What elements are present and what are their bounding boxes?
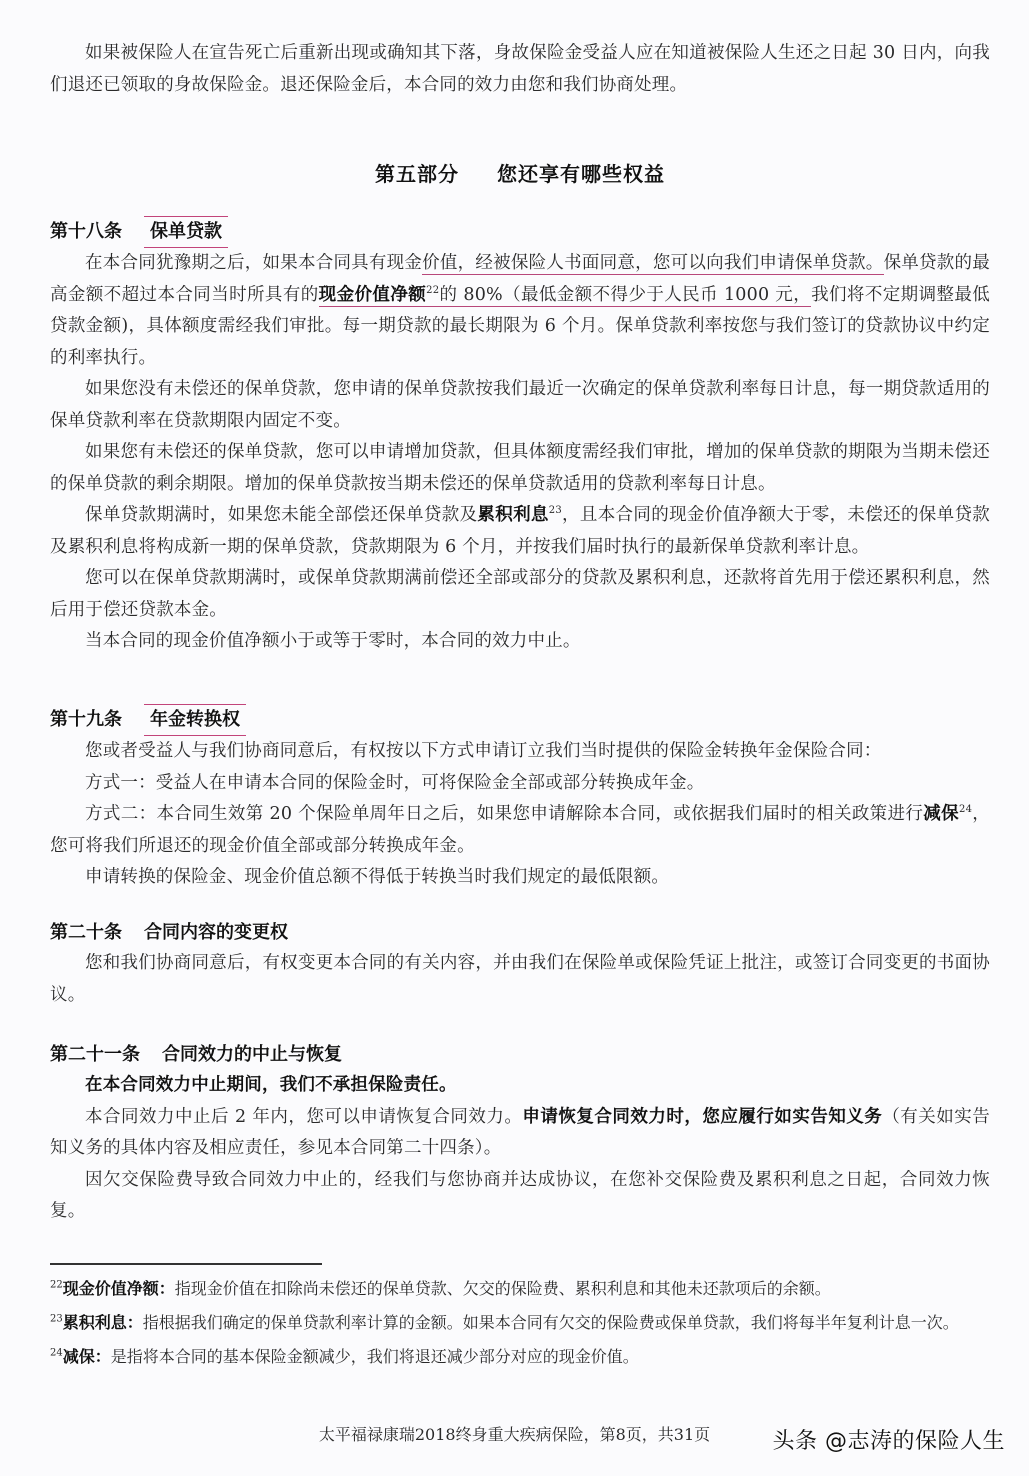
footnote-term: 减保： — [63, 1347, 111, 1366]
article-19-heading: 第十九条年金转换权 — [50, 704, 990, 736]
footnote-text: 指根据我们确定的保单贷款利率计算的金额。如果本合同有欠交的保险费或保单贷款，我们… — [143, 1313, 959, 1332]
article-21-para-2: 本合同效力中止后 2 年内，您可以申请恢复合同效力。申请恢复合同效力时，您应履行… — [50, 1102, 990, 1165]
article-18-heading: 第十八条保单贷款 — [50, 216, 990, 248]
article-19-title: 年金转换权 — [144, 704, 246, 736]
footnote-term: 累积利息： — [63, 1313, 143, 1332]
footnote-number: 22 — [50, 1280, 63, 1291]
article-18-para-5: 您可以在保单贷款期满时，或保单贷款期满前偿还全部或部分的贷款及累积利息，还款将首… — [50, 563, 990, 626]
watermark: 头条 @志涛的保险人生 — [773, 1424, 1006, 1455]
footnote-ref-23[interactable]: 23 — [549, 505, 562, 516]
article-18-para-3: 如果您有未偿还的保单贷款，您可以申请增加贷款，但具体额度需经我们审批，增加的保单… — [50, 437, 990, 500]
article-21-para-3: 因欠交保险费导致合同效力中止的，经我们与您协商并达成协议，在您补交保险费及累积利… — [50, 1165, 990, 1228]
footnotes: 22现金价值净额：指现金价值在扣除尚未偿还的保单贷款、欠交的保险费、累积利息和其… — [50, 1272, 990, 1374]
part-title: 第五部分您还享有哪些权益 — [50, 158, 990, 187]
article-20-para-1: 您和我们协商同意后，有权变更本合同的有关内容，并由我们在保险单或保险凭证上批注，… — [50, 948, 990, 1011]
footnote-text: 是指将本合同的基本保险金额减少，我们将退还减少部分对应的现金价值。 — [111, 1347, 639, 1366]
text-run: 方式二：本合同生效第 20 个保险单周年日之后，如果您申请解除本合同，或依据我们… — [85, 804, 923, 824]
text-run: 本合同效力中止后 2 年内，您可以申请恢复合同效力。 — [85, 1107, 522, 1127]
term-accrued-interest: 累积利息 — [477, 505, 548, 525]
article-21: 第二十一条合同效力的中止与恢复 在本合同效力中止期间，我们不承担保险责任。 本合… — [50, 1040, 990, 1228]
article-18-number: 第十八条 — [50, 221, 122, 242]
article-20-number: 第二十条 — [50, 922, 122, 943]
article-21-para-1: 在本合同效力中止期间，我们不承担保险责任。 — [50, 1070, 990, 1102]
article-20: 第二十条合同内容的变更权 您和我们协商同意后，有权变更本合同的有关内容，并由我们… — [50, 918, 990, 1011]
footnote-number: 24 — [50, 1348, 63, 1359]
part-heading: 您还享有哪些权益 — [497, 162, 665, 186]
footnote-ref-24[interactable]: 24 — [959, 804, 972, 815]
intro-paragraph: 如果被保险人在宣告死亡后重新出现或确知其下落，身故保险金受益人应在知道被保险人生… — [50, 38, 990, 101]
text-run: 在本合同犹豫期之后，如果本合同具有现金 — [85, 253, 422, 273]
article-19-para-4: 申请转换的保险金、现金价值总额不得低于转换当时我们规定的最低限额。 — [50, 862, 990, 894]
article-18-para-4: 保单贷款期满时，如果您未能全部偿还保单贷款及累积利息23，且本合同的现金价值净额… — [50, 500, 990, 563]
article-21-number: 第二十一条 — [50, 1044, 140, 1065]
article-18: 第十八条保单贷款 在本合同犹豫期之后，如果本合同具有现金价值，经被保险人书面同意… — [50, 216, 990, 658]
footnote-divider — [50, 1263, 322, 1265]
intro-section: 如果被保险人在宣告死亡后重新出现或确知其下落，身故保险金受益人应在知道被保险人生… — [50, 38, 990, 101]
footnote-24: 24减保：是指将本合同的基本保险金额减少，我们将退还减少部分对应的现金价值。 — [50, 1340, 990, 1374]
underlined-text: 的 80%（最低金额不得少于人民币 1000 元， — [439, 285, 811, 305]
article-18-para-6: 当本合同的现金价值净额小于或等于零时，本合同的效力中止。 — [50, 626, 990, 658]
article-18-para-2: 如果您没有未偿还的保单贷款，您申请的保单贷款按我们最近一次确定的保单贷款利率每日… — [50, 374, 990, 437]
footnote-ref-22[interactable]: 22 — [426, 285, 439, 296]
article-21-title: 合同效力的中止与恢复 — [162, 1044, 342, 1065]
article-19: 第十九条年金转换权 您或者受益人与我们协商同意后，有权按以下方式申请订立我们当时… — [50, 704, 990, 894]
article-18-para-1: 在本合同犹豫期之后，如果本合同具有现金价值，经被保险人书面同意，您可以向我们申请… — [50, 248, 990, 374]
part-number: 第五部分 — [375, 162, 459, 186]
article-19-para-2: 方式一：受益人在申请本合同的保险金时，可将保险金全部或部分转换成年金。 — [50, 768, 990, 800]
term-reduction: 减保 — [923, 804, 959, 824]
article-19-para-1: 您或者受益人与我们协商同意后，有权按以下方式申请订立我们当时提供的保险金转换年金… — [50, 736, 990, 768]
article-19-para-3: 方式二：本合同生效第 20 个保险单周年日之后，如果您申请解除本合同，或依据我们… — [50, 799, 990, 862]
footnote-22: 22现金价值净额：指现金价值在扣除尚未偿还的保单贷款、欠交的保险费、累积利息和其… — [50, 1272, 990, 1306]
article-18-title: 保单贷款 — [144, 216, 228, 248]
article-20-title: 合同内容的变更权 — [144, 922, 288, 943]
bold-text: 申请恢复合同效力时，您应履行如实告知义务 — [522, 1107, 882, 1127]
article-20-heading: 第二十条合同内容的变更权 — [50, 918, 990, 948]
footnote-text: 指现金价值在扣除尚未偿还的保单贷款、欠交的保险费、累积利息和其他未还款项后的余额… — [175, 1279, 831, 1298]
footnote-23: 23累积利息：指根据我们确定的保单贷款利率计算的金额。如果本合同有欠交的保险费或… — [50, 1306, 990, 1340]
article-19-number: 第十九条 — [50, 709, 122, 730]
footnote-term: 现金价值净额： — [63, 1279, 175, 1298]
term-cash-value-net: 现金价值净额 — [319, 285, 426, 305]
text-run: 保单贷款期满时，如果您未能全部偿还保单贷款及 — [85, 505, 477, 525]
underlined-text: 价值，经被保险人书面同意，您可以向我们申请保单贷款。 — [422, 253, 883, 275]
article-21-heading: 第二十一条合同效力的中止与恢复 — [50, 1040, 990, 1070]
footnote-number: 23 — [50, 1314, 63, 1325]
